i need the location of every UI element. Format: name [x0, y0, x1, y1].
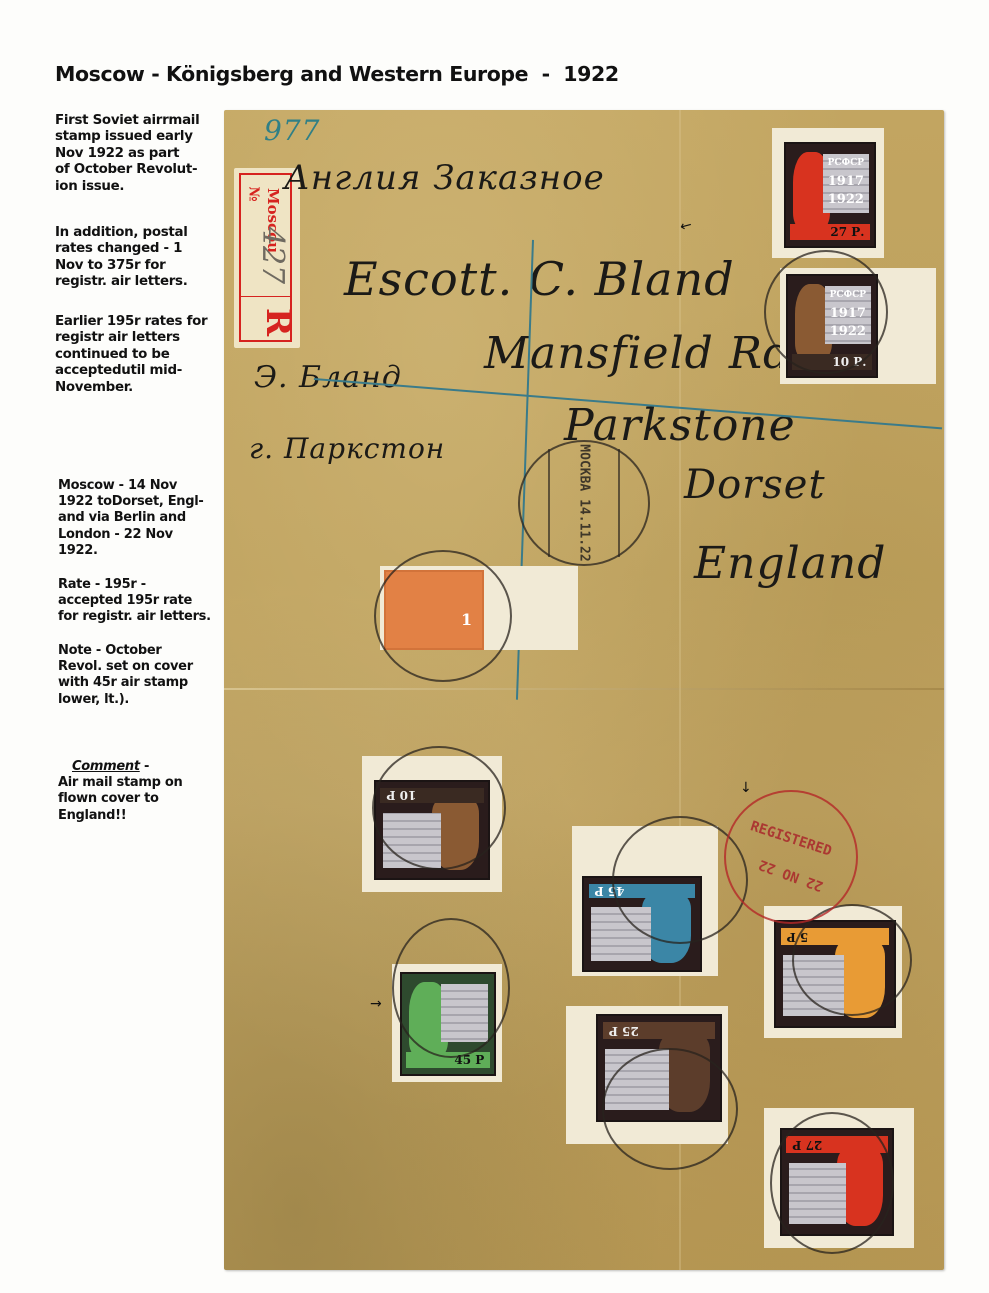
handwriting-russian-town: г. Паркстон — [249, 432, 445, 465]
postmark-back-1 — [372, 746, 506, 870]
handwriting-address-country: England — [694, 538, 886, 589]
stamp-panel: РСФСР19171922 — [823, 154, 869, 213]
handwriting-russian-name: Э. Бланд — [254, 360, 402, 395]
airmail-cover-image: 977 Moscou № 427 R Англия Заказное Э. Бл… — [224, 110, 944, 1270]
stamp-27r-front-mount: РСФСР19171922 27 Р. — [772, 128, 884, 258]
note-earlier-rates: Earlier 195r rates for registr air lette… — [55, 314, 217, 396]
comment-dash: - — [140, 759, 149, 774]
postmark-on-orange — [374, 550, 512, 682]
note-october-set: Note - October Revol. set on cover with … — [58, 643, 220, 708]
stamp-value: 27 Р. — [790, 224, 871, 240]
comment-heading: Comment — [72, 759, 140, 774]
comment-text: Air mail stamp on flown cover to England… — [58, 775, 182, 822]
note-rate-change: In addition, postal rates changed - 1 No… — [55, 225, 217, 291]
stamp-value: 25 Р — [603, 1022, 715, 1039]
page-title: Moscow - Königsberg and Western Europe -… — [55, 62, 619, 86]
label-letter-r: R — [258, 308, 298, 336]
stamp-27r-front: РСФСР19171922 27 Р. — [784, 142, 876, 248]
label-pencil-number: 427 — [255, 227, 290, 284]
note-route: Moscow - 14 Nov 1922 toDorset, Engl- and… — [58, 478, 220, 559]
cover-fold — [224, 688, 944, 690]
postmark-moscow: МОСКВА 14.11.22 — [518, 440, 650, 566]
postmark-back-3 — [392, 918, 510, 1058]
label-number-sign: № — [246, 186, 262, 201]
postmark-moscow-text: МОСКВА 14.11.22 — [577, 439, 592, 567]
handwriting-address-street: Mansfield Rd. — [484, 328, 807, 379]
note-first-airmail: First Soviet airrmail stamp issued early… — [55, 113, 217, 195]
handwriting-russian-header: Англия Заказное — [284, 158, 605, 198]
docket-number: 977 — [264, 114, 320, 147]
postmark-front-upper — [764, 250, 888, 374]
handwriting-address-name: Escott. C. Bland — [344, 252, 735, 306]
note-rate: Rate - 195r - accepted 195r rate for reg… — [58, 577, 220, 626]
handwriting-address-county: Dorset — [684, 462, 826, 508]
postmark-registered-london: REGISTERED 22 NO 22 — [724, 790, 858, 924]
postmark-back-6 — [770, 1112, 894, 1254]
postmark-back-5 — [602, 1048, 738, 1170]
arrow-icon: → — [370, 996, 382, 1012]
comment-block: Comment - Air mail stamp on flown cover … — [58, 759, 220, 824]
arrow-icon: ↓ — [740, 780, 752, 796]
